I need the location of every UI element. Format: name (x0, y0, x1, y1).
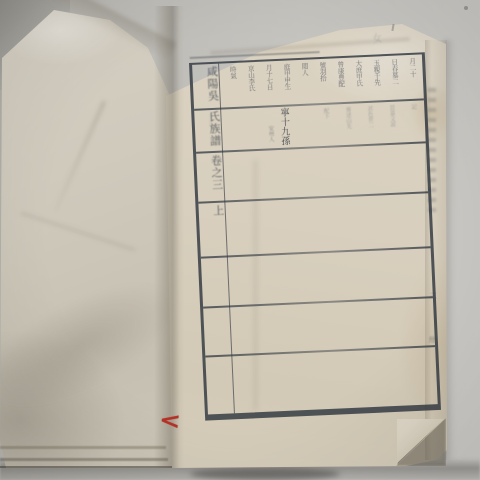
entry-column: 玉親千先 (372, 59, 381, 100)
ghost-bleed-text: 先氏 (206, 114, 214, 126)
section-heading: 寧十九孫 (278, 108, 289, 149)
entry-column: 京山李氏 (246, 65, 255, 106)
printed-border-frame: 咸陽吳 氏族譜 卷之三 上 時氣 京山李氏 月十七日 庭甲申生 閲人 號羽拾 曾… (189, 52, 441, 420)
rule-line (198, 191, 428, 203)
entries-band: 時氣 京山李氏 月十七日 庭甲申生 閲人 號羽拾 曾康豊配 大庶甲氏 玉親千先 … (228, 58, 417, 107)
photo-antique-genealogy-book: 三 卅 咸陽吳 氏族譜 卷之三 上 時氣 京山李氏 月十七日 庭甲申生 閲人 號… (0, 0, 480, 480)
floor-shadow-smudge (190, 468, 340, 480)
book-gutter-shadow (154, 6, 184, 468)
entry-column: 閲人 (300, 63, 309, 104)
entry-column: 時氣 (228, 66, 237, 107)
pencil-scribble: 女 (371, 29, 383, 45)
rule-line (201, 246, 431, 258)
entry-column: 庭甲申生 (282, 63, 291, 104)
page-stack-ridge (0, 458, 168, 461)
faded-entry-column: 買嘉文誼 (388, 105, 396, 142)
rule-line (203, 296, 433, 308)
rule-line (205, 345, 435, 357)
entry-column: 號羽拾 (318, 62, 327, 103)
faded-entry-column: 記 (410, 104, 418, 141)
section-heading-note: 安州人 (267, 125, 274, 142)
entry-column: 日春墓二 (390, 59, 399, 100)
page-stack-edge (0, 466, 172, 468)
faded-entry-column: 葬述山先 (344, 107, 352, 144)
title-segment: 上 (198, 205, 225, 218)
page-stack-ridge (0, 446, 166, 449)
faded-entry-column: 甚色世二 (366, 106, 374, 143)
entry-column: 曾康豊配 (336, 61, 345, 102)
section-band: 配下 葬述山先 甚色世二 買嘉文誼 記 (322, 104, 418, 145)
title-segment: 卷之三 (196, 155, 224, 192)
entry-column: 月十七日 (264, 64, 273, 105)
red-arrow-mark: < (158, 407, 182, 435)
title-segment: 咸陽吳 (192, 66, 220, 103)
entry-column: 月二十 (408, 58, 417, 99)
dust-speck (464, 6, 468, 10)
entry-column: 大庶甲氏 (354, 60, 363, 101)
faded-entry-column: 配下 (322, 108, 330, 145)
rule-line (196, 141, 426, 153)
